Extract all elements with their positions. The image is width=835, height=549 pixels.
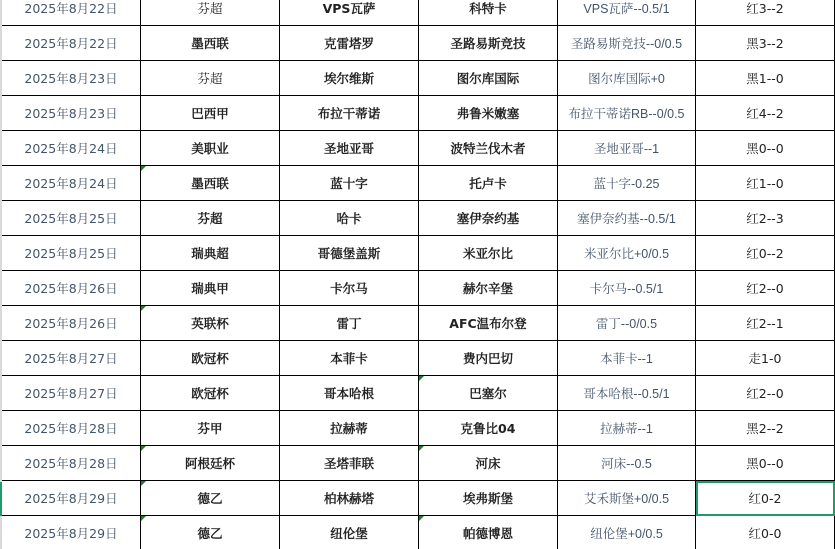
- comment-indicator-icon: [419, 376, 424, 381]
- home-text: 雷丁: [336, 316, 361, 331]
- cell-away[interactable]: 费内巴切: [419, 341, 558, 376]
- comment-indicator-icon: [141, 481, 146, 486]
- result-text: 红4--2: [746, 106, 783, 121]
- cell-league[interactable]: 瑞典甲: [141, 271, 280, 306]
- cell-away[interactable]: 波特兰伐木者: [419, 131, 558, 166]
- table-row: 2025年8月27日欧冠杯本菲卡费内巴切本菲卡--1走1-0: [2, 341, 835, 376]
- cell-handicap[interactable]: 拉赫蒂--1: [558, 411, 696, 446]
- away-text: 波特兰伐木者: [450, 141, 525, 156]
- league-text: 欧冠杯: [191, 386, 229, 401]
- cell-league[interactable]: 巴西甲: [141, 96, 280, 131]
- league-text: 阿根廷杯: [185, 456, 235, 471]
- cell-date[interactable]: 2025年8月25日: [2, 201, 141, 236]
- cell-away[interactable]: 克鲁比04: [419, 411, 558, 446]
- comment-indicator-icon: [141, 166, 146, 171]
- cell-away[interactable]: 图尔库国际: [419, 61, 558, 96]
- away-text: 米亚尔比: [463, 246, 513, 261]
- cell-result[interactable]: 黑1--0: [696, 61, 835, 96]
- date-text: 2025年8月24日: [24, 141, 117, 156]
- result-text: 红0-2: [749, 491, 782, 506]
- table-row: 2025年8月26日瑞典甲卡尔马赫尔辛堡卡尔马--0.5/1红2--0: [2, 271, 835, 306]
- cell-handicap[interactable]: 圣地亚哥--1: [558, 131, 696, 166]
- cell-home[interactable]: 本菲卡: [280, 341, 419, 376]
- cell-handicap[interactable]: 圣路易斯竞技--0/0.5: [558, 26, 696, 61]
- cell-league[interactable]: 美职业: [141, 131, 280, 166]
- result-text: 红2--3: [746, 211, 783, 226]
- home-text: VPS瓦萨: [323, 1, 376, 16]
- handicap-text: 塞伊奈约基--0.5/1: [577, 212, 676, 226]
- cell-home[interactable]: 哥本哈根: [280, 376, 419, 411]
- match-table: 2025年8月22日芬超VPS瓦萨科特卡VPS瓦萨--0.5/1红3--2202…: [2, 0, 835, 549]
- cell-league[interactable]: 芬超: [141, 201, 280, 236]
- result-text: 黑3--2: [746, 36, 783, 51]
- date-text: 2025年8月28日: [24, 421, 117, 436]
- result-text: 红3--2: [746, 1, 783, 16]
- result-text: 红2--0: [746, 386, 783, 401]
- result-text: 黑2--2: [746, 421, 783, 436]
- cell-result[interactable]: 红1--0: [696, 166, 835, 201]
- date-text: 2025年8月25日: [24, 246, 117, 261]
- cell-date[interactable]: 2025年8月27日: [2, 376, 141, 411]
- cell-date[interactable]: 2025年8月28日: [2, 411, 141, 446]
- cell-away[interactable]: 米亚尔比: [419, 236, 558, 271]
- away-text: 图尔库国际: [457, 71, 520, 86]
- away-text: 托卢卡: [469, 176, 507, 191]
- date-text: 2025年8月25日: [24, 211, 117, 226]
- cell-result[interactable]: 红2--1: [696, 306, 835, 341]
- cell-handicap[interactable]: 图尔库国际+0: [558, 61, 696, 96]
- comment-indicator-icon: [141, 516, 146, 521]
- handicap-text: 雷丁--0/0.5: [596, 317, 657, 331]
- away-text: 埃弗斯堡: [463, 491, 513, 506]
- table-row: 2025年8月22日芬超VPS瓦萨科特卡VPS瓦萨--0.5/1红3--2: [2, 0, 835, 26]
- home-text: 卡尔马: [330, 281, 368, 296]
- cell-away[interactable]: 赫尔辛堡: [419, 271, 558, 306]
- cell-home[interactable]: 布拉干蒂诺: [280, 96, 419, 131]
- away-text: 河床: [475, 456, 500, 471]
- result-text: 红2--0: [746, 281, 783, 296]
- cell-handicap[interactable]: 塞伊奈约基--0.5/1: [558, 201, 696, 236]
- cell-result[interactable]: 黑0--0: [696, 446, 835, 481]
- cell-league[interactable]: 欧冠杯: [141, 341, 280, 376]
- cell-handicap[interactable]: 卡尔马--0.5/1: [558, 271, 696, 306]
- cell-home[interactable]: 蓝十字: [280, 166, 419, 201]
- cell-result[interactable]: 红0-0: [696, 516, 835, 549]
- comment-indicator-icon: [419, 446, 424, 451]
- league-text: 芬超: [197, 211, 222, 226]
- cell-date[interactable]: 2025年8月23日: [2, 61, 141, 96]
- result-text: 黑0--0: [746, 141, 783, 156]
- comment-indicator-icon: [419, 516, 424, 521]
- away-text: 费内巴切: [463, 351, 513, 366]
- cell-home[interactable]: 卡尔马: [280, 271, 419, 306]
- handicap-text: 卡尔马--0.5/1: [590, 282, 664, 296]
- league-text: 芬超: [197, 71, 222, 86]
- cell-league[interactable]: 阿根廷杯: [141, 446, 280, 481]
- date-text: 2025年8月23日: [24, 71, 117, 86]
- date-text: 2025年8月27日: [24, 386, 117, 401]
- cell-away[interactable]: 托卢卡: [419, 166, 558, 201]
- cell-result[interactable]: 红2--0: [696, 271, 835, 306]
- away-text: AFC温布尔登: [449, 316, 526, 331]
- date-text: 2025年8月23日: [24, 106, 117, 121]
- cell-away[interactable]: 塞伊奈约基: [419, 201, 558, 236]
- home-text: 柏林赫塔: [324, 491, 374, 506]
- cell-home[interactable]: 拉赫蒂: [280, 411, 419, 446]
- cell-result[interactable]: 红3--2: [696, 0, 835, 26]
- home-text: 哥德堡盖斯: [318, 246, 381, 261]
- table-row: 2025年8月23日芬超埃尔维斯图尔库国际图尔库国际+0黑1--0: [2, 61, 835, 96]
- selected-cell-result[interactable]: 红0-2: [696, 481, 835, 516]
- handicap-text: 蓝十字-0.25: [594, 177, 660, 191]
- cell-result[interactable]: 黑2--2: [696, 411, 835, 446]
- cell-away[interactable]: 科特卡: [419, 0, 558, 26]
- cell-date[interactable]: 2025年8月24日: [2, 131, 141, 166]
- away-text: 科特卡: [469, 1, 507, 16]
- date-text: 2025年8月28日: [24, 456, 117, 471]
- table-row: 2025年8月24日美职业圣地亚哥波特兰伐木者圣地亚哥--1黑0--0: [2, 131, 835, 166]
- cell-home[interactable]: 柏林赫塔: [280, 481, 419, 516]
- result-text: 红0-0: [749, 526, 782, 541]
- date-text: 2025年8月29日: [24, 526, 117, 541]
- table-row: 2025年8月23日巴西甲布拉干蒂诺弗鲁米嫩塞布拉干蒂诺RB--0/0.5红4-…: [2, 96, 835, 131]
- table-row: 2025年8月26日英联杯雷丁AFC温布尔登雷丁--0/0.5红2--1: [2, 306, 835, 341]
- handicap-text: 河床--0.5: [601, 457, 652, 471]
- result-text: 红0--2: [746, 246, 783, 261]
- cell-handicap[interactable]: 河床--0.5: [558, 446, 696, 481]
- date-text: 2025年8月24日: [24, 176, 117, 191]
- home-text: 圣塔菲联: [324, 456, 374, 471]
- handicap-text: 哥本哈根--0.5/1: [583, 387, 669, 401]
- handicap-text: 本菲卡--1: [600, 352, 653, 366]
- cell-date[interactable]: 2025年8月26日: [2, 306, 141, 341]
- cell-home[interactable]: 埃尔维斯: [280, 61, 419, 96]
- cell-date[interactable]: 2025年8月29日: [2, 481, 141, 516]
- table-row: 2025年8月25日瑞典超哥德堡盖斯米亚尔比米亚尔比+0/0.5红0--2: [2, 236, 835, 271]
- home-text: 哥本哈根: [324, 386, 374, 401]
- cell-handicap[interactable]: 本菲卡--1: [558, 341, 696, 376]
- home-text: 纽伦堡: [330, 526, 368, 541]
- cell-handicap[interactable]: 蓝十字-0.25: [558, 166, 696, 201]
- home-text: 蓝十字: [330, 176, 368, 191]
- league-text: 瑞典甲: [191, 281, 229, 296]
- cell-result[interactable]: 黑3--2: [696, 26, 835, 61]
- table-row: 2025年8月24日墨西联蓝十字托卢卡蓝十字-0.25红1--0: [2, 166, 835, 201]
- handicap-text: 米亚尔比+0/0.5: [584, 247, 669, 261]
- cell-handicap[interactable]: 布拉干蒂诺RB--0/0.5: [558, 96, 696, 131]
- league-text: 巴西甲: [191, 106, 229, 121]
- away-text: 弗鲁米嫩塞: [457, 106, 520, 121]
- cell-league[interactable]: 德乙: [141, 481, 280, 516]
- cell-away[interactable]: 帕德博恩: [419, 516, 558, 549]
- cell-away[interactable]: 圣路易斯竞技: [419, 26, 558, 61]
- cell-date[interactable]: 2025年8月22日: [2, 0, 141, 26]
- result-text: 黑0--0: [746, 456, 783, 471]
- cell-result[interactable]: 红2--3: [696, 201, 835, 236]
- cell-away[interactable]: 河床: [419, 446, 558, 481]
- date-text: 2025年8月26日: [24, 281, 117, 296]
- date-text: 2025年8月22日: [24, 36, 117, 51]
- cell-away[interactable]: AFC温布尔登: [419, 306, 558, 341]
- table-row: 2025年8月29日德乙纽伦堡帕德博恩纽伦堡+0/0.5红0-0: [2, 516, 835, 549]
- cell-date[interactable]: 2025年8月28日: [2, 446, 141, 481]
- away-text: 赫尔辛堡: [463, 281, 513, 296]
- league-text: 德乙: [197, 491, 222, 506]
- cell-league[interactable]: 芬超: [141, 0, 280, 26]
- cell-home[interactable]: 哈卡: [280, 201, 419, 236]
- table-row: 2025年8月27日欧冠杯哥本哈根巴塞尔哥本哈根--0.5/1红2--0: [2, 376, 835, 411]
- table-row: 2025年8月29日德乙柏林赫塔埃弗斯堡艾禾斯堡+0/0.5红0-2: [2, 481, 835, 516]
- handicap-text: 图尔库国际+0: [588, 72, 665, 86]
- cell-home[interactable]: 雷丁: [280, 306, 419, 341]
- cell-home[interactable]: 圣地亚哥: [280, 131, 419, 166]
- table-row: 2025年8月28日芬甲拉赫蒂克鲁比04拉赫蒂--1黑2--2: [2, 411, 835, 446]
- cell-handicap[interactable]: 雷丁--0/0.5: [558, 306, 696, 341]
- result-text: 黑1--0: [746, 71, 783, 86]
- league-text: 瑞典超: [191, 246, 229, 261]
- cell-home[interactable]: 纽伦堡: [280, 516, 419, 549]
- date-text: 2025年8月26日: [24, 316, 117, 331]
- home-text: 拉赫蒂: [330, 421, 368, 436]
- date-text: 2025年8月22日: [24, 1, 117, 16]
- cell-league[interactable]: 德乙: [141, 516, 280, 549]
- date-text: 2025年8月27日: [24, 351, 117, 366]
- league-text: 墨西联: [191, 36, 229, 51]
- result-text: 红2--1: [746, 316, 783, 331]
- away-text: 克鲁比04: [461, 421, 516, 436]
- cell-date[interactable]: 2025年8月25日: [2, 236, 141, 271]
- cell-home[interactable]: VPS瓦萨: [280, 0, 419, 26]
- cell-home[interactable]: 克雷塔罗: [280, 26, 419, 61]
- cell-handicap[interactable]: 哥本哈根--0.5/1: [558, 376, 696, 411]
- cell-league[interactable]: 墨西联: [141, 166, 280, 201]
- comment-indicator-icon: [141, 446, 146, 451]
- handicap-text: 圣路易斯竞技--0/0.5: [571, 37, 682, 51]
- home-text: 圣地亚哥: [324, 141, 374, 156]
- cell-league[interactable]: 英联杯: [141, 306, 280, 341]
- result-text: 走1-0: [749, 351, 782, 366]
- handicap-text: 拉赫蒂--1: [600, 422, 653, 436]
- table-row: 2025年8月28日阿根廷杯圣塔菲联河床河床--0.5黑0--0: [2, 446, 835, 481]
- table-row: 2025年8月22日墨西联克雷塔罗圣路易斯竞技圣路易斯竞技--0/0.5黑3--…: [2, 26, 835, 61]
- home-text: 埃尔维斯: [324, 71, 374, 86]
- league-text: 芬甲: [197, 421, 222, 436]
- cell-home[interactable]: 圣塔菲联: [280, 446, 419, 481]
- cell-date[interactable]: 2025年8月24日: [2, 166, 141, 201]
- cell-date[interactable]: 2025年8月22日: [2, 26, 141, 61]
- league-text: 芬超: [197, 1, 222, 16]
- league-text: 德乙: [197, 526, 222, 541]
- cell-result[interactable]: 红0--2: [696, 236, 835, 271]
- cell-league[interactable]: 欧冠杯: [141, 376, 280, 411]
- cell-league[interactable]: 芬甲: [141, 411, 280, 446]
- result-text: 红1--0: [746, 176, 783, 191]
- league-text: 墨西联: [191, 176, 229, 191]
- away-text: 巴塞尔: [469, 386, 507, 401]
- cell-league[interactable]: 瑞典超: [141, 236, 280, 271]
- cell-home[interactable]: 哥德堡盖斯: [280, 236, 419, 271]
- cell-away[interactable]: 巴塞尔: [419, 376, 558, 411]
- handicap-text: 圣地亚哥--1: [594, 142, 659, 156]
- cell-date[interactable]: 2025年8月27日: [2, 341, 141, 376]
- cell-date[interactable]: 2025年8月26日: [2, 271, 141, 306]
- cell-handicap[interactable]: 米亚尔比+0/0.5: [558, 236, 696, 271]
- away-text: 塞伊奈约基: [457, 211, 520, 226]
- handicap-text: 纽伦堡+0/0.5: [590, 527, 663, 541]
- away-text: 帕德博恩: [463, 526, 513, 541]
- home-text: 哈卡: [336, 211, 361, 226]
- cell-date[interactable]: 2025年8月23日: [2, 96, 141, 131]
- home-text: 布拉干蒂诺: [318, 106, 381, 121]
- spreadsheet: 2025年8月22日芬超VPS瓦萨科特卡VPS瓦萨--0.5/1红3--2202…: [0, 0, 835, 549]
- home-text: 本菲卡: [330, 351, 368, 366]
- cell-away[interactable]: 埃弗斯堡: [419, 481, 558, 516]
- table-row: 2025年8月25日芬超哈卡塞伊奈约基塞伊奈约基--0.5/1红2--3: [2, 201, 835, 236]
- cell-handicap[interactable]: 艾禾斯堡+0/0.5: [558, 481, 696, 516]
- cell-league[interactable]: 墨西联: [141, 26, 280, 61]
- home-text: 克雷塔罗: [324, 36, 374, 51]
- cell-handicap[interactable]: 纽伦堡+0/0.5: [558, 516, 696, 549]
- cell-result[interactable]: 走1-0: [696, 341, 835, 376]
- away-text: 圣路易斯竞技: [450, 36, 525, 51]
- cell-result[interactable]: 黑0--0: [696, 131, 835, 166]
- date-text: 2025年8月29日: [24, 491, 117, 506]
- cell-league[interactable]: 芬超: [141, 61, 280, 96]
- cell-date[interactable]: 2025年8月29日: [2, 516, 141, 549]
- comment-indicator-icon: [141, 306, 146, 311]
- league-text: 欧冠杯: [191, 351, 229, 366]
- cell-result[interactable]: 红4--2: [696, 96, 835, 131]
- handicap-text: VPS瓦萨--0.5/1: [583, 2, 669, 16]
- league-text: 美职业: [191, 141, 229, 156]
- handicap-text: 布拉干蒂诺RB--0/0.5: [569, 107, 685, 121]
- handicap-text: 艾禾斯堡+0/0.5: [584, 492, 669, 506]
- league-text: 英联杯: [191, 316, 229, 331]
- cell-handicap[interactable]: VPS瓦萨--0.5/1: [558, 0, 696, 26]
- cell-away[interactable]: 弗鲁米嫩塞: [419, 96, 558, 131]
- cell-result[interactable]: 红2--0: [696, 376, 835, 411]
